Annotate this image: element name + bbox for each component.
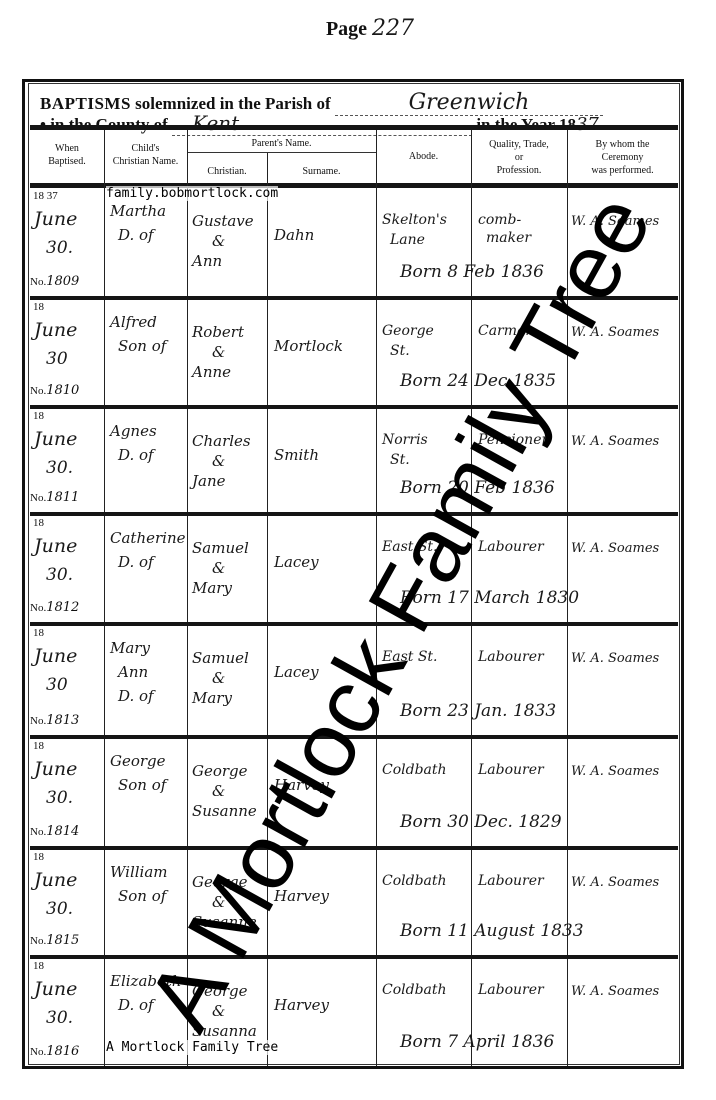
site-watermark: family.bobmortlock.com — [106, 186, 278, 201]
abode-line-2: Lane — [390, 232, 425, 248]
parent-christian-name: & — [212, 452, 225, 470]
entry-year: 18 — [33, 740, 44, 752]
parent-surname: Smith — [274, 446, 319, 464]
officiant: W. A. Soames — [571, 434, 659, 449]
parent-christian-name: & — [212, 669, 225, 687]
parent-christian-name: Mary — [192, 689, 232, 707]
quality-trade: comb- — [478, 212, 521, 228]
parent-christian-name: Gustave — [192, 212, 254, 230]
header-when-baptised: WhenBaptised. — [30, 142, 104, 168]
abode-line-2: St. — [390, 452, 410, 468]
abode: Skelton's — [382, 212, 447, 228]
entry-number: No.1811 — [30, 490, 79, 505]
child-name: D. of — [118, 226, 154, 244]
parent-christian-name: Anne — [192, 363, 231, 381]
page-number: 227 — [372, 16, 414, 41]
county-name: Kent — [192, 111, 239, 135]
entry-month: June — [34, 428, 77, 450]
child-name: D. of — [118, 446, 154, 464]
officiant: W. A. Soames — [571, 875, 659, 890]
entry-month: June — [34, 535, 77, 557]
entry-month: June — [34, 208, 77, 230]
entry-year: 18 — [33, 960, 44, 972]
entry-day: 30 — [46, 675, 68, 695]
entry-day: 30. — [46, 1008, 73, 1028]
entry-number: No.1813 — [30, 713, 79, 728]
parent-christian-name: Mary — [192, 579, 232, 597]
child-name: Mary — [110, 639, 150, 657]
parent-christian-name: & — [212, 343, 225, 361]
entry-number: No.1814 — [30, 824, 79, 839]
header-parent-christian: Christian. — [187, 165, 267, 178]
entry-month: June — [34, 869, 77, 891]
birth-date: Born 7 April 1836 — [400, 1032, 554, 1052]
entry-number: No.1810 — [30, 383, 79, 398]
entry-number: No.1812 — [30, 600, 79, 615]
child-name: George — [110, 752, 166, 770]
abode: Coldbath — [382, 762, 447, 778]
child-name: William — [110, 863, 168, 881]
parent-christian-name: Samuel — [192, 649, 249, 667]
page-label: Page — [326, 18, 367, 40]
child-name: Martha — [110, 202, 166, 220]
officiant: W. A. Soames — [571, 651, 659, 666]
entry-number: No.1809 — [30, 274, 79, 289]
birth-date: Born 8 Feb 1836 — [400, 262, 544, 282]
header-parents-name: Parent's Name. — [187, 137, 376, 150]
entry-year: 18 — [33, 410, 44, 422]
parent-surname: Harvey — [274, 996, 329, 1014]
entry-year: 18 — [33, 301, 44, 313]
entry-day: 30. — [46, 899, 73, 919]
parent-surname: Dahn — [274, 226, 314, 244]
title-rule — [30, 125, 678, 130]
birth-date: Born 23 Jan. 1833 — [400, 701, 556, 721]
officiant: W. A. Soames — [571, 764, 659, 779]
abode: Norris — [382, 432, 428, 448]
quality-trade-line-2: maker — [486, 230, 531, 246]
register-title-line-2: • in the County of Kent in the Year 1837 — [40, 111, 599, 136]
quality-trade: Labourer — [478, 873, 544, 889]
officiant: W. A. Soames — [571, 541, 659, 556]
child-name: D. of — [118, 687, 154, 705]
parent-christian-name: & — [212, 782, 225, 800]
entry-year: 18 37 — [33, 190, 58, 202]
entry-day: 30. — [46, 565, 73, 585]
entry-month: June — [34, 758, 77, 780]
entry-month: June — [34, 319, 77, 341]
parent-christian-name: Samuel — [192, 539, 249, 557]
entry-month: June — [34, 978, 77, 1000]
birth-date: Born 30 Dec. 1829 — [400, 812, 562, 832]
entry-year: 18 — [33, 517, 44, 529]
page-number-heading: Page 227 — [0, 16, 716, 41]
header-parents-divider — [187, 152, 376, 153]
entry-day: 30. — [46, 238, 73, 258]
parent-christian-name: Charles — [192, 432, 251, 450]
header-child-name: Child'sChristian Name. — [104, 142, 187, 168]
entry-day: 30 — [46, 349, 68, 369]
parent-christian-name: Robert — [192, 323, 244, 341]
parent-christian-name: & — [212, 559, 225, 577]
child-name: Son of — [118, 887, 166, 905]
child-name: Alfred — [110, 313, 157, 331]
entry-month: June — [34, 645, 77, 667]
parent-christian-name: George — [192, 762, 248, 780]
child-name: Ann — [118, 663, 148, 681]
parent-surname: Mortlock — [274, 337, 343, 355]
parent-christian-name: Ann — [192, 252, 222, 270]
header-parent-surname: Surname. — [267, 165, 376, 178]
birth-date: Born 11 August 1833 — [400, 921, 584, 941]
abode: Coldbath — [382, 982, 447, 998]
parent-christian-name: & — [212, 232, 225, 250]
child-name: Catherine — [110, 529, 186, 547]
header-quality: Quality, Trade,orProfession. — [471, 138, 567, 177]
quality-trade: Labourer — [478, 649, 544, 665]
child-name: Son of — [118, 337, 166, 355]
child-name: Son of — [118, 776, 166, 794]
child-name: D. of — [118, 553, 154, 571]
officiant: W. A. Soames — [571, 984, 659, 999]
parent-surname: Lacey — [274, 553, 319, 571]
header-abode: Abode. — [376, 150, 471, 163]
parent-christian-name: Jane — [192, 472, 226, 490]
abode: Coldbath — [382, 873, 447, 889]
entry-day: 30. — [46, 458, 73, 478]
entry-number: No.1815 — [30, 933, 79, 948]
abode: George — [382, 323, 434, 339]
entry-year: 18 — [33, 627, 44, 639]
entry-day: 30. — [46, 788, 73, 808]
quality-trade: Labourer — [478, 762, 544, 778]
entry-number: No.1816 — [30, 1044, 79, 1059]
abode-line-2: St. — [390, 343, 410, 359]
quality-trade: Labourer — [478, 982, 544, 998]
child-name: Agnes — [110, 422, 157, 440]
entry-year: 18 — [33, 851, 44, 863]
